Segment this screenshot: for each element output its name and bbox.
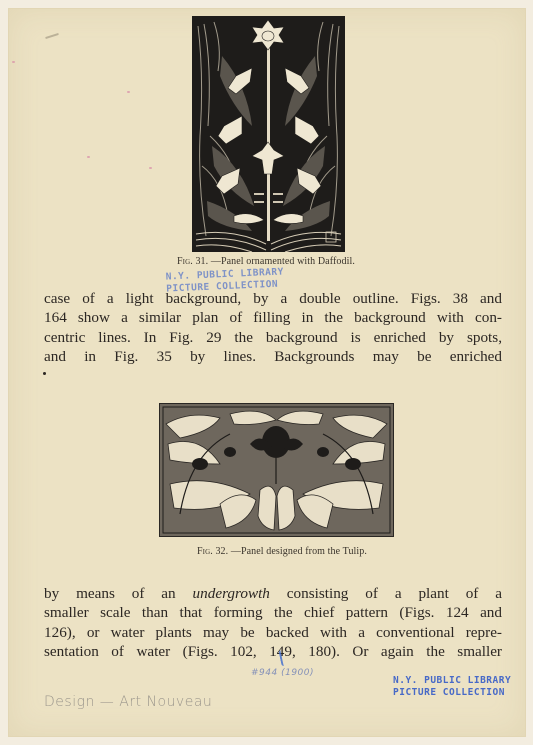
pencil-category-note: Design — Art Nouveau <box>44 694 212 710</box>
text-line: centric lines. In Fig. 29 the background… <box>44 328 502 347</box>
figure-32-label: Fig. 32. <box>197 546 228 557</box>
pencil-catalog-number: #944 (1900) <box>251 668 314 678</box>
paragraph-1: case of a light background, by a double … <box>44 289 502 367</box>
italic-term: undergrowth <box>193 585 270 602</box>
text-line: smaller scale than that forming the chie… <box>44 603 502 622</box>
text-segment: by means of an <box>44 585 193 602</box>
pink-speck <box>127 91 130 93</box>
stamp-line1: N.Y. PUBLIC LIBRARY <box>393 675 511 687</box>
pink-speck <box>149 167 152 169</box>
ink-dot <box>43 372 46 375</box>
figure-tulip-panel <box>159 403 394 537</box>
smudge-mark <box>45 33 59 39</box>
figure-32-caption: Fig. 32. —Panel designed from the Tulip. <box>197 546 367 557</box>
daffodil-woodcut-illustration <box>192 16 345 252</box>
pink-speck <box>12 61 15 63</box>
paragraph-2: by means of an undergrowth consisting of… <box>44 584 502 662</box>
figure-31-label: Fig. 31. <box>177 256 208 267</box>
figure-32-caption-text: —Panel designed from the Tulip. <box>231 546 367 557</box>
text-line: sentation of water (Figs. 102, 149, 180)… <box>44 642 502 661</box>
library-stamp-bottom: N.Y. PUBLIC LIBRARY PICTURE COLLECTION <box>393 675 511 699</box>
text-line: 164 show a similar plan of filling in th… <box>44 308 502 327</box>
text-segment: consisting of a plant of a <box>270 585 502 602</box>
text-line: 126), or water plants may be backed with… <box>44 623 502 642</box>
pink-speck <box>87 156 90 158</box>
text-line: and in Fig. 35 by lines. Backgrounds may… <box>44 347 502 366</box>
figure-daffodil-panel <box>192 16 345 252</box>
figure-31-caption-text: —Panel ornamented with Daffodil. <box>211 256 355 267</box>
text-line: by means of an undergrowth consisting of… <box>44 584 502 603</box>
stamp-line2: PICTURE COLLECTION <box>393 687 511 699</box>
figure-31-caption: Fig. 31. —Panel ornamented with Daffodil… <box>177 256 355 267</box>
tulip-woodcut-illustration <box>160 404 393 536</box>
text-line: case of a light background, by a double … <box>44 289 502 308</box>
